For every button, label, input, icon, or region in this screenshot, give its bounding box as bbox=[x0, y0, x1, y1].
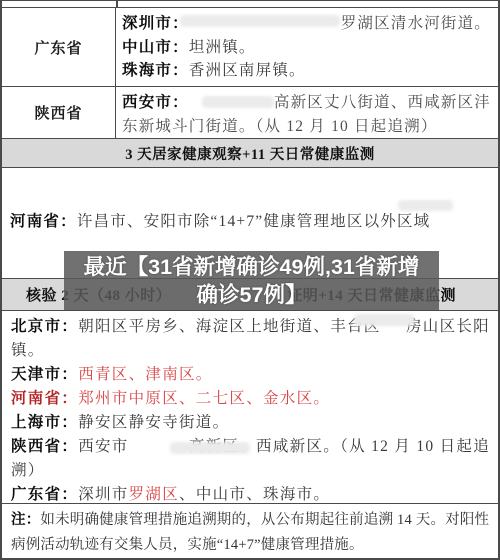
section-header-text: 3 天居家健康观察+11 天日常健康监测 bbox=[125, 143, 374, 164]
erased-text-smudge bbox=[354, 314, 414, 326]
city-text: 西安市 bbox=[78, 435, 128, 459]
city-line-zhongshan: 中山市： 坦洲镇。 bbox=[122, 36, 491, 60]
footnote-label: 注： bbox=[11, 512, 40, 528]
city-label: 中山市： bbox=[122, 36, 189, 60]
district-text: 、中山市、珠海市。 bbox=[179, 483, 330, 507]
section-14day-body: 北京市： 朝阳区平房乡、海淀区上地街道、丰台区 房山区长阳 镇。 天津市： 西青… bbox=[2, 311, 498, 503]
row-henan: 河南省： 郑州市中原区、二七区、金水区。 bbox=[11, 387, 490, 411]
district-text: 坦洲镇。 bbox=[189, 36, 256, 60]
health-policy-table: 广东省 深圳市： 罗湖区清水河街道。 中山市： 坦洲镇。 珠海市： 香洲区南屏镇… bbox=[0, 0, 500, 560]
district-text-wrap: 东新城斗门街道。（从 12 月 10 日起追溯） bbox=[122, 115, 491, 139]
province-detail-table: 广东省 深圳市： 罗湖区清水河街道。 中山市： 坦洲镇。 珠海市： 香洲区南屏镇… bbox=[2, 8, 498, 138]
section-header-right-text: 证明+14 天日常健康监测 bbox=[287, 284, 456, 305]
section-header-3day: 3 天居家健康观察+11 天日常健康监测 bbox=[2, 138, 498, 168]
district-text-red: 罗湖区 bbox=[129, 483, 179, 507]
district-text-red: 西青区、津南区。 bbox=[78, 363, 212, 387]
table-row-shaanxi: 陕西省 西安市： 高新区丈八街道、西咸新区沣 东新城斗门街道。（从 12 月 1… bbox=[2, 87, 498, 138]
district-text-red: 郑州市中原区、二七区、金水区。 bbox=[78, 387, 330, 411]
erased-text-smudge bbox=[170, 442, 250, 454]
city-label: 珠海市： bbox=[122, 59, 189, 83]
detail-cell: 西安市： 高新区丈八街道、西咸新区沣 东新城斗门街道。（从 12 月 10 日起… bbox=[116, 87, 498, 138]
erased-text-smudge bbox=[202, 96, 274, 108]
province-label: 河南省： bbox=[10, 209, 77, 231]
city-label: 天津市： bbox=[11, 363, 78, 387]
region-text: 许昌市、安阳市除“14+7”健康管理地区以外区域 bbox=[77, 209, 431, 231]
section-header-14day: 核验 2 天（48 小时） 证明+14 天日常健康监测 bbox=[2, 278, 498, 311]
erased-text-smudge bbox=[398, 200, 453, 211]
city-line-xian: 西安市： 高新区丈八街道、西咸新区沣 bbox=[122, 91, 491, 115]
city-label: 西安市： bbox=[122, 91, 189, 115]
province-cell: 陕西省 bbox=[2, 87, 116, 138]
province-label: 广东省： bbox=[11, 483, 78, 507]
province-cell: 广东省 bbox=[2, 8, 116, 86]
footnote-text: 如未明确健康管理措施追溯期的，从公布期起往前追溯 14 天。对阳性病例活动轨迹有… bbox=[11, 512, 489, 553]
column-divider bbox=[116, 1, 118, 7]
row-shaanxi-wrap: 溯） bbox=[11, 459, 490, 483]
section-3day-body: 河南省： 许昌市、安阳市除“14+7”健康管理地区以外区域 bbox=[2, 168, 498, 278]
table-top-row-sliver bbox=[2, 1, 498, 8]
district-text: 香洲区南屏镇。 bbox=[189, 59, 306, 83]
district-text: 静安区静安寺街道。 bbox=[78, 411, 229, 435]
province-name: 陕西省 bbox=[34, 102, 82, 123]
row-beijing: 北京市： 朝阳区平房乡、海淀区上地街道、丰台区 房山区长阳 bbox=[11, 315, 490, 339]
province-name: 广东省 bbox=[34, 37, 82, 58]
district-text: 高新区丈八街道、西咸新区沣 bbox=[274, 91, 491, 115]
city-label: 北京市： bbox=[11, 315, 78, 339]
province-label: 陕西省： bbox=[11, 435, 78, 459]
section-header-left-text: 核验 2 天（48 小时） bbox=[26, 284, 171, 305]
city-label: 深圳市： bbox=[122, 12, 189, 36]
footnote-row: 注：如未明确健康管理措施追溯期的，从公布期起往前追溯 14 天。对阳性病例活动轨… bbox=[2, 503, 498, 560]
row-shanghai: 上海市： 静安区静安寺街道。 bbox=[11, 411, 490, 435]
district-text: 罗湖区清水河街道。 bbox=[341, 12, 491, 36]
district-text: 房山区长阳 bbox=[406, 315, 490, 339]
city-label: 上海市： bbox=[11, 411, 78, 435]
district-text: 朝阳区平房乡、海淀区上地街道、丰台区 bbox=[78, 315, 380, 339]
row-tianjin: 天津市： 西青区、津南区。 bbox=[11, 363, 490, 387]
province-label-red: 河南省： bbox=[11, 387, 78, 411]
city-line-zhuhai: 珠海市： 香洲区南屏镇。 bbox=[122, 59, 491, 83]
row-beijing-wrap: 镇。 bbox=[11, 339, 490, 363]
row-shaanxi: 陕西省： 西安市 高新区、西咸新区。（从 12 月 10 日起追 bbox=[11, 435, 490, 459]
erased-text-smudge bbox=[180, 15, 340, 27]
city-text: 深圳市 bbox=[78, 483, 128, 507]
